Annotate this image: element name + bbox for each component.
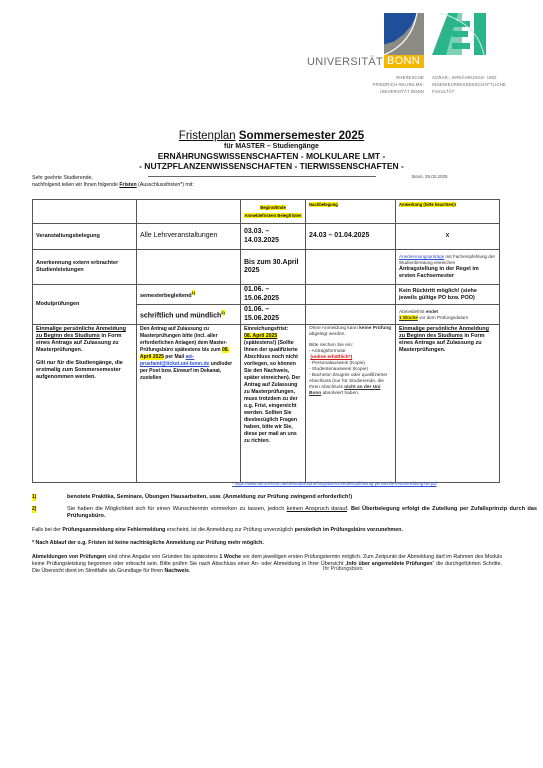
uni-bonn-wordmark: UNIVERSITÄT BONN bbox=[307, 55, 424, 68]
deadline-table: Beginn/Ende Anmeldefristen/ Belegfristen… bbox=[32, 199, 500, 483]
header-dates: Beginn/Ende Anmeldefristen/ Belegfristen bbox=[241, 200, 306, 224]
aei-mark-icon bbox=[432, 13, 487, 55]
withdrawal-notice: Abmeldungen von Prüfungen sind ohne Anga… bbox=[32, 554, 502, 575]
uni-bonn-subtitle: RHEINISCHE FRIEDRICH-WILHELMS- UNIVERSIT… bbox=[373, 74, 424, 95]
table-header-row: Beginn/Ende Anmeldefristen/ Belegfristen… bbox=[33, 200, 500, 224]
salutation: Sehr geehrte Studierende, nachfolgend te… bbox=[32, 175, 194, 189]
header-nachbelegung: Nachbelegung bbox=[306, 200, 396, 224]
footnote-1: 1) benotete Praktika, Seminare, Übungen … bbox=[32, 494, 512, 504]
aei-faculty-logo: AGRAR-, ERNÄHRUNGS- UND INGENIEURWISSENS… bbox=[430, 13, 540, 98]
uni-bonn-logo: UNIVERSITÄT BONN RHEINISCHE FRIEDRICH-WI… bbox=[320, 13, 424, 98]
page-title: Fristenplan Sommersemester 2025 bbox=[0, 130, 543, 143]
title-block: Fristenplan Sommersemester 2025 für MAST… bbox=[0, 130, 543, 171]
table-row: Modulprüfungen semesterbegleitend1) 01.0… bbox=[33, 285, 500, 305]
deadline-notice: * Nach Ablauf der o.g. Fristen ist keine… bbox=[32, 540, 502, 547]
table-row: Veranstaltungsbelegung Alle Lehrveransta… bbox=[33, 224, 500, 250]
subtitle: für MASTER – Studiengänge bbox=[0, 143, 543, 151]
signature: Ihr Prüfungsbüro bbox=[323, 566, 362, 572]
aei-subtitle: AGRAR-, ERNÄHRUNGS- UND INGENIEURWISSENS… bbox=[432, 74, 506, 95]
antragsformular-link[interactable]: (online erhältlich*) bbox=[310, 355, 352, 360]
footnote-2: 2) Sie haben die Möglichkeit sich für ei… bbox=[32, 506, 512, 522]
anerkennungsantraege-link[interactable]: Anerkennungsanträge bbox=[399, 254, 444, 259]
header-anmerkung: Anmerkung (bitte beachten)! bbox=[396, 200, 500, 224]
table-row: Anerkennung extern erbrachter Studienlei… bbox=[33, 250, 500, 285]
table-row: Einmalige persönliche Anmeldung zu Begin… bbox=[33, 325, 500, 483]
uni-bonn-emblem-icon bbox=[384, 13, 424, 55]
form-url-note[interactable]: * https://www.aei.uni-bonn.de/de/studium… bbox=[232, 481, 437, 486]
document-date: Bonn, 25.02.2025 bbox=[412, 174, 448, 179]
programs-line-2: - NUTZPFLANZENWISSENSCHAFTEN - TIERWISSE… bbox=[0, 161, 543, 171]
error-notice: Falls bei der Prüfungsanmeldung eine Feh… bbox=[32, 527, 502, 534]
programs-line-1: ERNÄHRUNGSWISSENSCHAFTEN - MOLKULARE LMT… bbox=[0, 151, 543, 161]
